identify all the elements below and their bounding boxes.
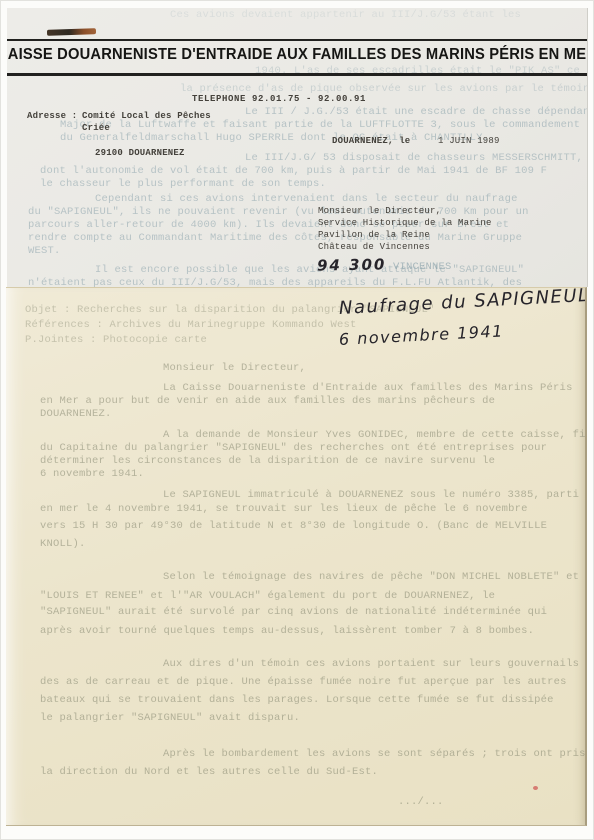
red-ink-speck <box>533 786 538 790</box>
continuation-mark: .../... <box>398 796 444 808</box>
body-line: Selon le témoignage des navires de pêche… <box>163 571 579 583</box>
verso-ghost-line: Cependant si ces avions intervenaient da… <box>95 193 518 205</box>
recipient-line: Service Historique de la Marine <box>318 218 492 228</box>
scanned-letter: Ces avions devaient appartenir au III/J.… <box>0 0 594 840</box>
body-line: Le SAPIGNEUL immatriculé à DOUARNENEZ so… <box>163 489 579 501</box>
verso-ghost-line: Il est encore possible que les avions ay… <box>95 264 524 276</box>
address-label: Adresse : <box>27 111 77 121</box>
body-line: la direction du Nord et les autres celle… <box>40 766 378 778</box>
handwritten-postal-code: 94 300 <box>317 255 387 274</box>
verso-ghost-line: dont l'autonomie de vol était de 700 km,… <box>40 165 547 177</box>
body-line: déterminer les circonstances de la dispa… <box>40 455 495 467</box>
body-line: La Caisse Douarneniste d'Entraide aux fa… <box>163 382 573 394</box>
verso-ghost-line: Ces avions devaient appartenir au III/J.… <box>170 9 521 21</box>
body-line: en mer le 4 novembre 1941, se trouvait s… <box>40 503 528 515</box>
body-line: KNOLL). <box>40 538 86 550</box>
body-line: Aux dires d'un témoin ces avions portaie… <box>163 658 579 670</box>
address-line: Criée <box>82 123 110 133</box>
verso-ghost-line: Le III/J.G/ 53 disposait de chasseurs ME… <box>245 152 588 164</box>
organization-title: CAISSE DOUARNENISTE D'ENTRAIDE AUX FAMIL… <box>7 46 588 64</box>
address-line: Comité Local des Pêches <box>82 111 211 121</box>
verso-ghost-line: du Generalfeldmarschall Hugo SPERRLE don… <box>60 132 489 144</box>
verso-ghost-line: Le III / J.G./53 était une escadre de ch… <box>245 106 588 118</box>
address-line: 29100 DOUARNENEZ <box>95 148 185 158</box>
body-line: après avoir tourné quelques temps au-des… <box>40 625 534 637</box>
dateline-place: DOUARNENEZ, le <box>332 136 410 146</box>
body-line: des as de carreau et de pique. Une épais… <box>40 676 567 688</box>
header-rule-top <box>7 39 587 41</box>
body-line: "LOUIS ET RENEE" et l'"AR VOULACH" égale… <box>40 590 495 602</box>
postal-city: VINCENNES <box>393 261 452 273</box>
staple-mark <box>47 28 96 36</box>
body-line: bateaux qui se trouvaient dans les parag… <box>40 694 554 706</box>
recipient-line: Monsieur le Directeur, <box>318 206 441 216</box>
body-line: 6 novembre 1941. <box>40 468 144 480</box>
body-line: Après le bombardement les avions se sont… <box>163 748 586 760</box>
recipient-line: Pavillon de la Reine <box>318 230 430 240</box>
verso-ghost-line: n'étaient pas ceux du III/J.G/53, mais d… <box>28 277 522 287</box>
verso-ghost-line: WEST. <box>28 245 61 257</box>
recipient-line: Château de Vincennes <box>318 242 430 252</box>
handwritten-note-line2: 6 novembre 1941 <box>339 321 505 349</box>
body-line: DOUARNENEZ. <box>40 408 112 420</box>
references-line: Références : Archives du Marinegruppe Ko… <box>25 319 357 331</box>
body-line: du Capitaine du palangrier "SAPIGNEUL" d… <box>40 442 547 454</box>
telephone-line: TELEPHONE 92.01.75 - 92.00.91 <box>192 94 366 104</box>
letterhead-page: Ces avions devaient appartenir au III/J.… <box>7 8 588 287</box>
header-rule-bottom <box>7 73 587 76</box>
verso-ghost-line: du "SAPIGNEUL", ils ne pouvaient revenir… <box>28 206 529 218</box>
verso-ghost-line: rendre compte au Commandant Maritime des… <box>28 232 522 244</box>
body-line: vers 15 H 30 par 49°30 de latitude N et … <box>40 520 547 532</box>
verso-ghost-line: le chasseur le plus performant de son te… <box>40 178 326 190</box>
body-line: "SAPIGNEUL" aurait été survolé par cinq … <box>40 606 547 618</box>
pieces-jointes-line: P.Jointes : Photocopie carte <box>25 334 207 346</box>
handwritten-note-line1: Naufrage du SAPIGNEUL <box>338 287 587 319</box>
letter-body-page: Objet : Recherches sur la disparition du… <box>6 287 587 826</box>
body-line: le palangrier "SAPIGNEUL" avait disparu. <box>40 712 300 724</box>
body-line: A la demande de Monsieur Yves GONIDEC, m… <box>163 429 587 441</box>
salutation: Monsieur le Directeur, <box>163 362 306 374</box>
dateline-date: 1 JUIN 1989 <box>438 136 500 146</box>
body-line: en Mer a pour but de venir en aide aux f… <box>40 395 495 407</box>
